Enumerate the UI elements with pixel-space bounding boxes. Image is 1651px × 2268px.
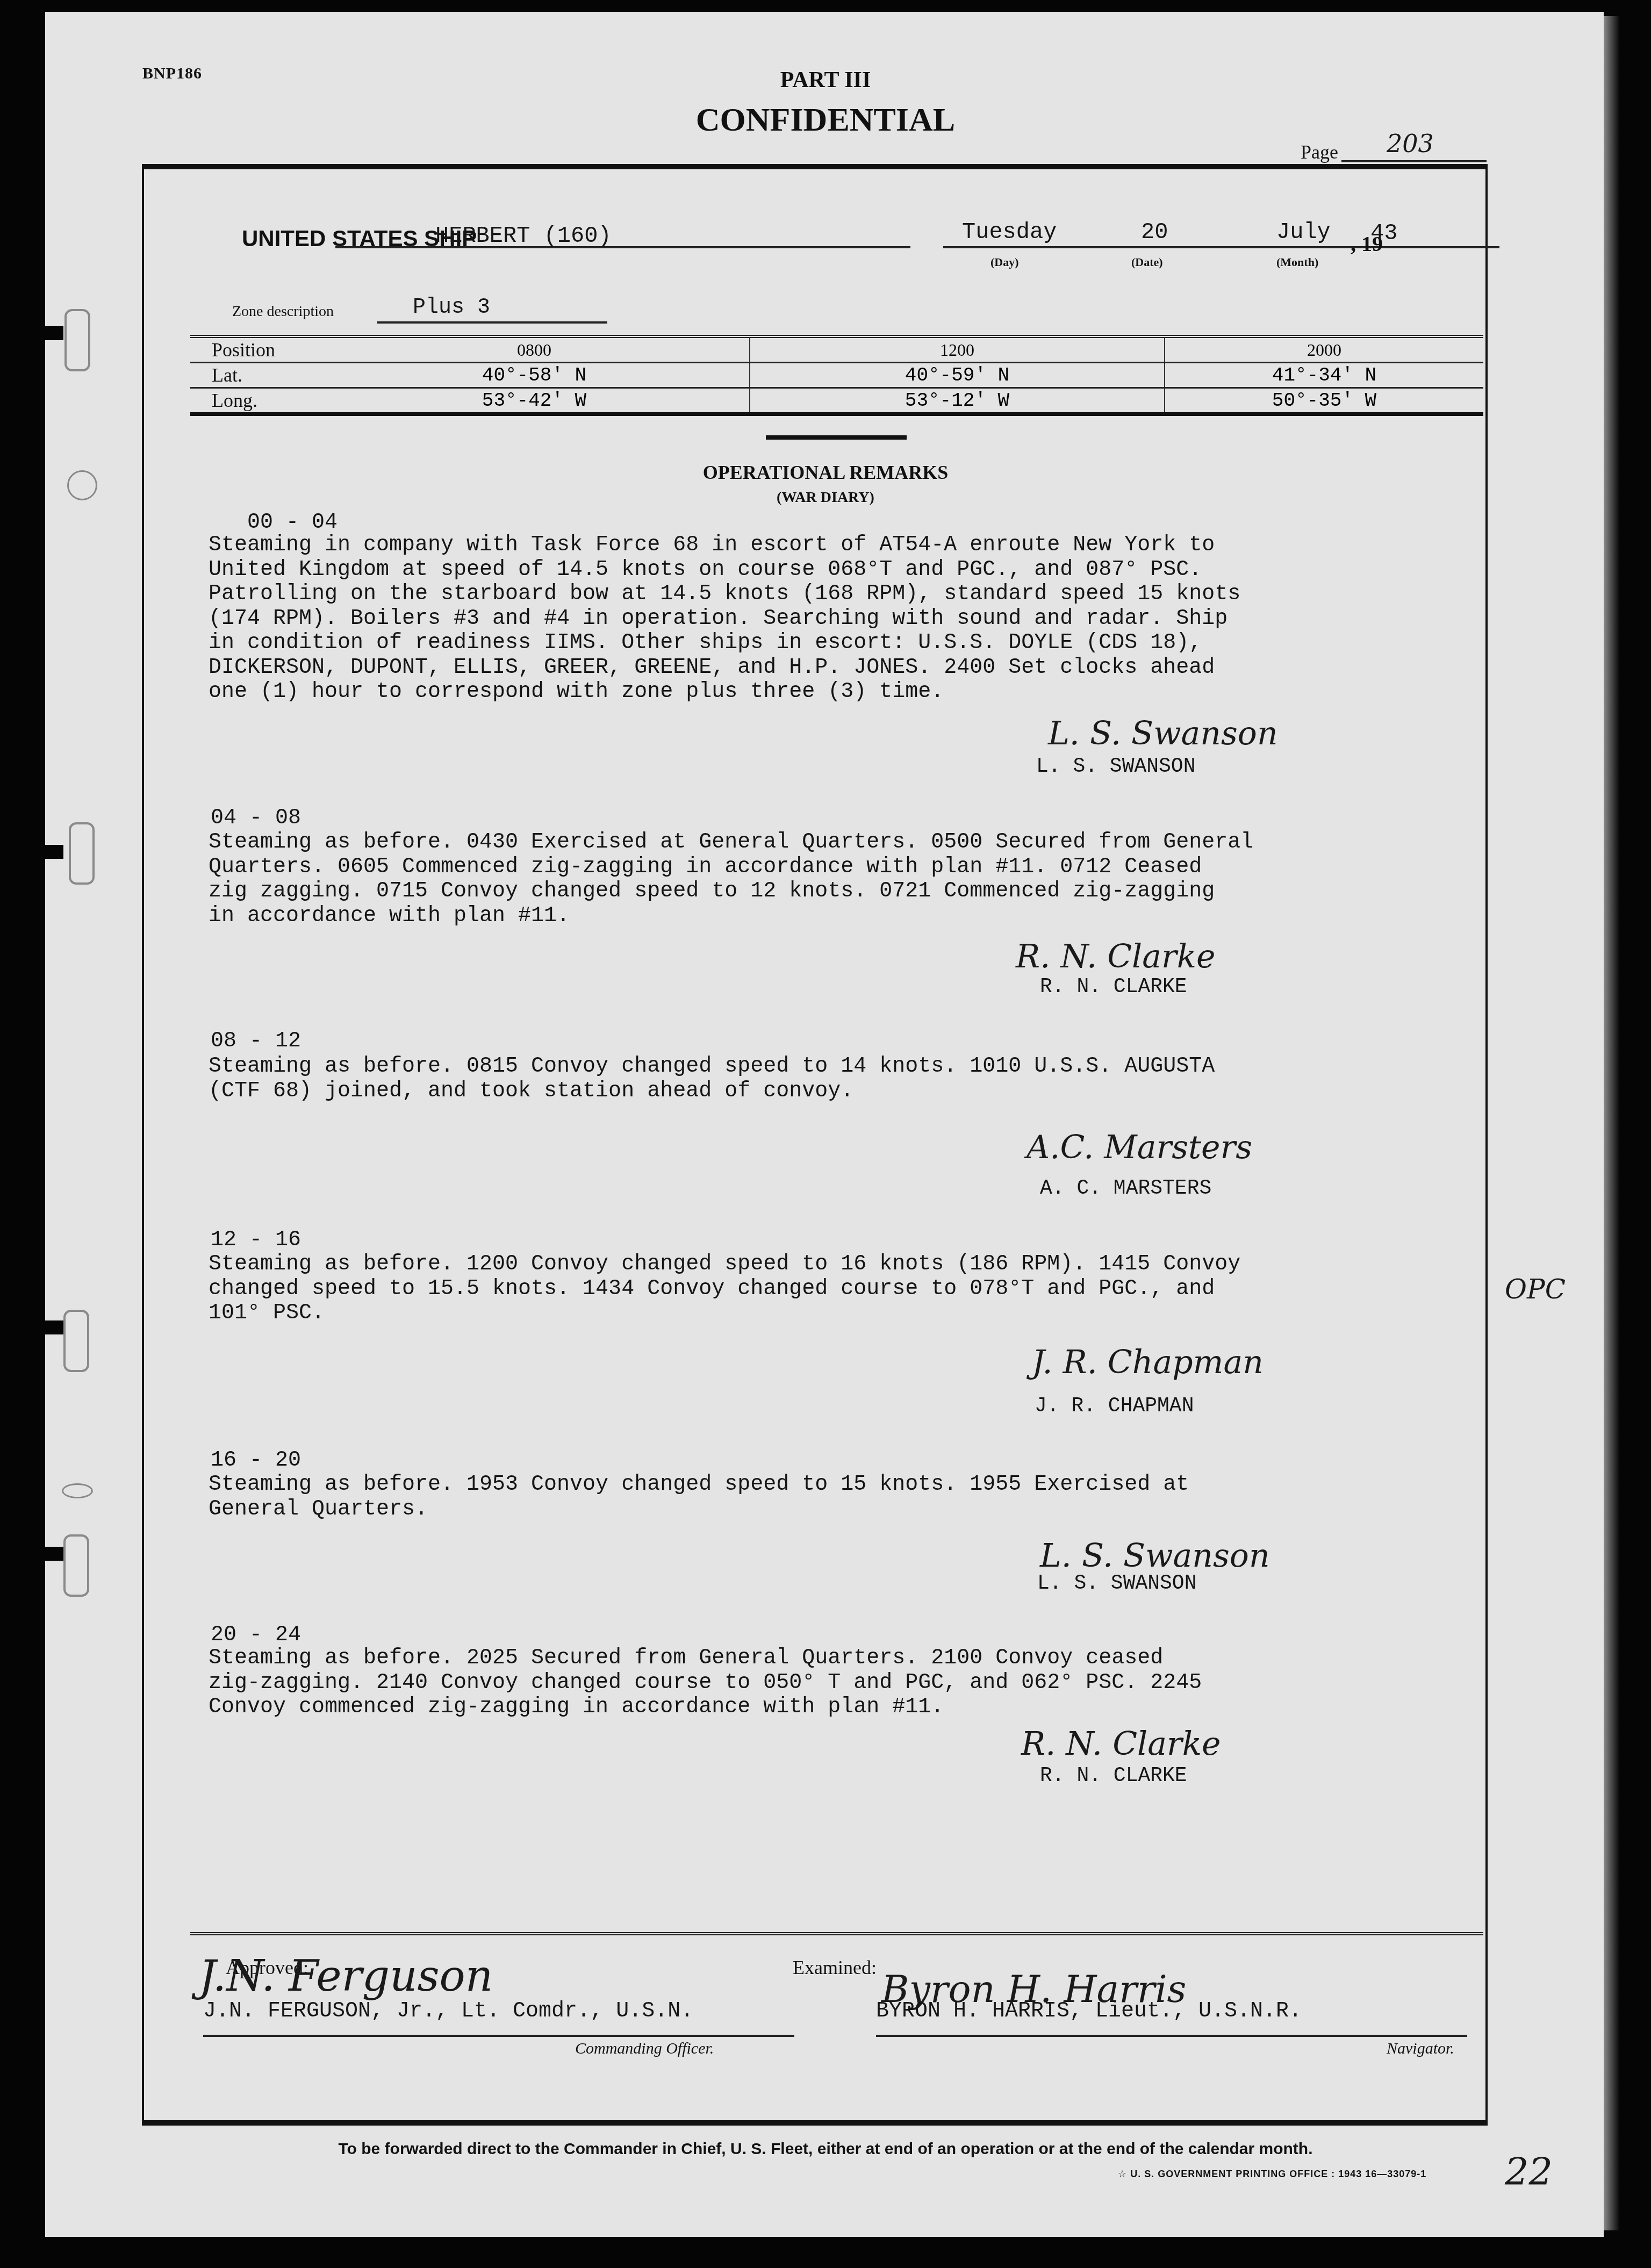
date-line	[943, 246, 1499, 248]
lat-value: 40°-58' N	[319, 363, 750, 388]
co-signature: J.N. Ferguson	[199, 1951, 493, 2001]
navigator-title: Navigator.	[1387, 2040, 1454, 2058]
ship-name: HERBERT (160)	[435, 223, 612, 249]
day-caption: (Day)	[990, 255, 1019, 269]
watch-text: Steaming in company with Task Force 68 i…	[209, 533, 1509, 705]
position-row-lat: Lat. 40°-58' N 40°-59' N 41°-34' N	[190, 363, 1483, 388]
year-value: 43	[1370, 220, 1397, 246]
officer-name: A. C. MARSTERS	[1040, 1177, 1211, 1200]
row-label: Position	[190, 336, 319, 363]
signature: J. R. Chapman	[1032, 1344, 1264, 1381]
long-value: 53°-12' W	[750, 388, 1165, 414]
watch-period: 04 - 08	[211, 806, 301, 830]
archive-number: 22	[1505, 2150, 1553, 2194]
watch-period: 20 - 24	[211, 1623, 301, 1647]
page-number: 203	[1387, 129, 1434, 158]
printing-office-imprint: ☆ U. S. GOVERNMENT PRINTING OFFICE : 194…	[1118, 2169, 1426, 2180]
position-table: Position 0800 1200 2000 Lat. 40°-58' N 4…	[190, 335, 1483, 416]
watch-text: Steaming as before. 0430 Exercised at Ge…	[209, 830, 1509, 928]
zone-value: Plus 3	[413, 296, 490, 320]
page-number-line	[1341, 160, 1487, 162]
forwarding-instruction: To be forwarded direct to the Commander …	[0, 2140, 1651, 2158]
lat-value: 41°-34' N	[1165, 363, 1483, 388]
operational-remarks-title: OPERATIONAL REMARKS	[0, 461, 1651, 484]
examined-label: Examined:	[793, 1956, 877, 1979]
zone-label: Zone description	[232, 303, 334, 320]
officer-name: L. S. SWANSON	[1036, 755, 1195, 778]
margin-initials: OPC	[1505, 1274, 1566, 1305]
watch-period: 16 - 20	[211, 1448, 301, 1473]
navigator-signature-line	[876, 2035, 1467, 2037]
position-row-time: Position 0800 1200 2000	[190, 336, 1483, 363]
officer-name: R. N. CLARKE	[1040, 1764, 1187, 1788]
co-signature-line	[203, 2035, 794, 2037]
watch-period: 00 - 04	[247, 511, 338, 535]
watch-text: Steaming as before. 2025 Secured from Ge…	[209, 1646, 1509, 1720]
watch-text: Steaming as before. 1953 Convoy changed …	[209, 1473, 1509, 1521]
commanding-officer-name: J.N. FERGUSON, Jr., Lt. Comdr., U.S.N.	[203, 1999, 693, 2023]
time-header: 1200	[750, 336, 1165, 363]
form-frame	[142, 164, 1488, 2126]
officer-name: R. N. CLARKE	[1040, 975, 1187, 999]
ship-name-line	[335, 246, 910, 248]
time-header: 2000	[1165, 336, 1483, 363]
date-value: 20	[1141, 219, 1168, 245]
signature: A.C. Marsters	[1027, 1129, 1252, 1166]
watch-text: Steaming as before. 1200 Convoy changed …	[209, 1252, 1509, 1326]
position-row-long: Long. 53°-42' W 53°-12' W 50°-35' W	[190, 388, 1483, 414]
date-caption: (Date)	[1131, 255, 1163, 269]
long-value: 50°-35' W	[1165, 388, 1483, 414]
month-caption: (Month)	[1276, 255, 1318, 269]
navigator-name: BYRON H. HARRIS, Lieut., U.S.N.R.	[876, 1999, 1302, 2023]
watch-period: 08 - 12	[211, 1029, 301, 1053]
signature: R. N. Clarke	[1016, 938, 1216, 975]
officer-name: L. S. SWANSON	[1037, 1572, 1196, 1595]
commanding-officer-title: Commanding Officer.	[575, 2040, 714, 2058]
signature: L. S. Swanson	[1040, 1537, 1270, 1575]
signature: L. S. Swanson	[1048, 715, 1278, 752]
binder-hole-icon	[62, 1483, 93, 1498]
signature: R. N. Clarke	[1021, 1725, 1221, 1763]
page-edge-shadow	[1604, 16, 1620, 2230]
section-divider	[766, 435, 907, 440]
officer-name: J. R. CHAPMAN	[1035, 1395, 1194, 1418]
zone-line	[377, 321, 607, 324]
row-label: Lat.	[190, 363, 319, 388]
long-value: 53°-42' W	[319, 388, 750, 414]
row-label: Long.	[190, 388, 319, 414]
war-diary-subtitle: (WAR DIARY)	[0, 489, 1651, 506]
watch-text: Steaming as before. 0815 Convoy changed …	[209, 1054, 1509, 1103]
month-value: July	[1276, 219, 1331, 245]
time-header: 0800	[319, 336, 750, 363]
page-label: Page	[1301, 141, 1338, 163]
approval-divider	[190, 1932, 1483, 1935]
lat-value: 40°-59' N	[750, 363, 1165, 388]
watch-period: 12 - 16	[211, 1228, 301, 1252]
day-value: Tuesday	[962, 219, 1057, 245]
part-heading: PART III	[0, 67, 1651, 93]
